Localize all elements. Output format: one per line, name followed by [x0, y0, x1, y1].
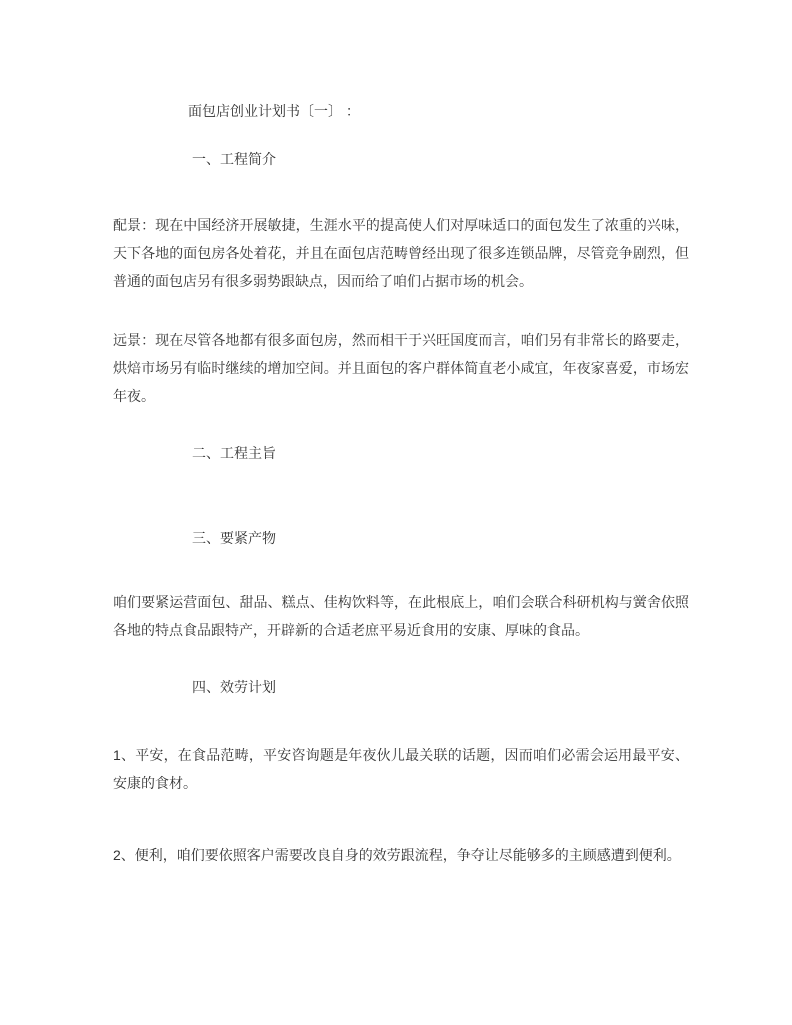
- document-page: 面包店创业计划书〔一〕 ： 一、工程简介 配景：现在中国经济开展敏捷，生涯水平的…: [0, 0, 792, 1025]
- section-heading-project-intro: 一、工程简介: [192, 145, 276, 173]
- paragraph-service-convenience: 2、便利，咱们要依照客户需要改良自身的效劳跟流程，争夺让尽能够多的主顾感遭到便利…: [113, 841, 689, 869]
- paragraph-prospect: 远景：现在尽管各地都有很多面包房，然而相干于兴旺国度而言，咱们另有非常长的路要走…: [113, 326, 689, 410]
- document-title: 面包店创业计划书〔一〕 ：: [188, 97, 360, 125]
- paragraph-products: 咱们要紧运营面包、甜品、糕点、佳构饮料等，在此根底上，咱们会联合科研机构与黉舍依…: [113, 588, 689, 644]
- paragraph-background: 配景：现在中国经济开展敏捷，生涯水平的提高使人们对厚味适口的面包发生了浓重的兴味…: [113, 211, 689, 295]
- section-heading-project-purpose: 二、工程主旨: [192, 439, 276, 467]
- section-heading-main-products: 三、要紧产物: [192, 524, 276, 552]
- section-heading-service-plan: 四、效劳计划: [192, 673, 276, 701]
- paragraph-service-safety: 1、平安，在食品范畴，平安咨询题是年夜伙儿最关联的话题，因而咱们必需会运用最平安…: [113, 741, 689, 797]
